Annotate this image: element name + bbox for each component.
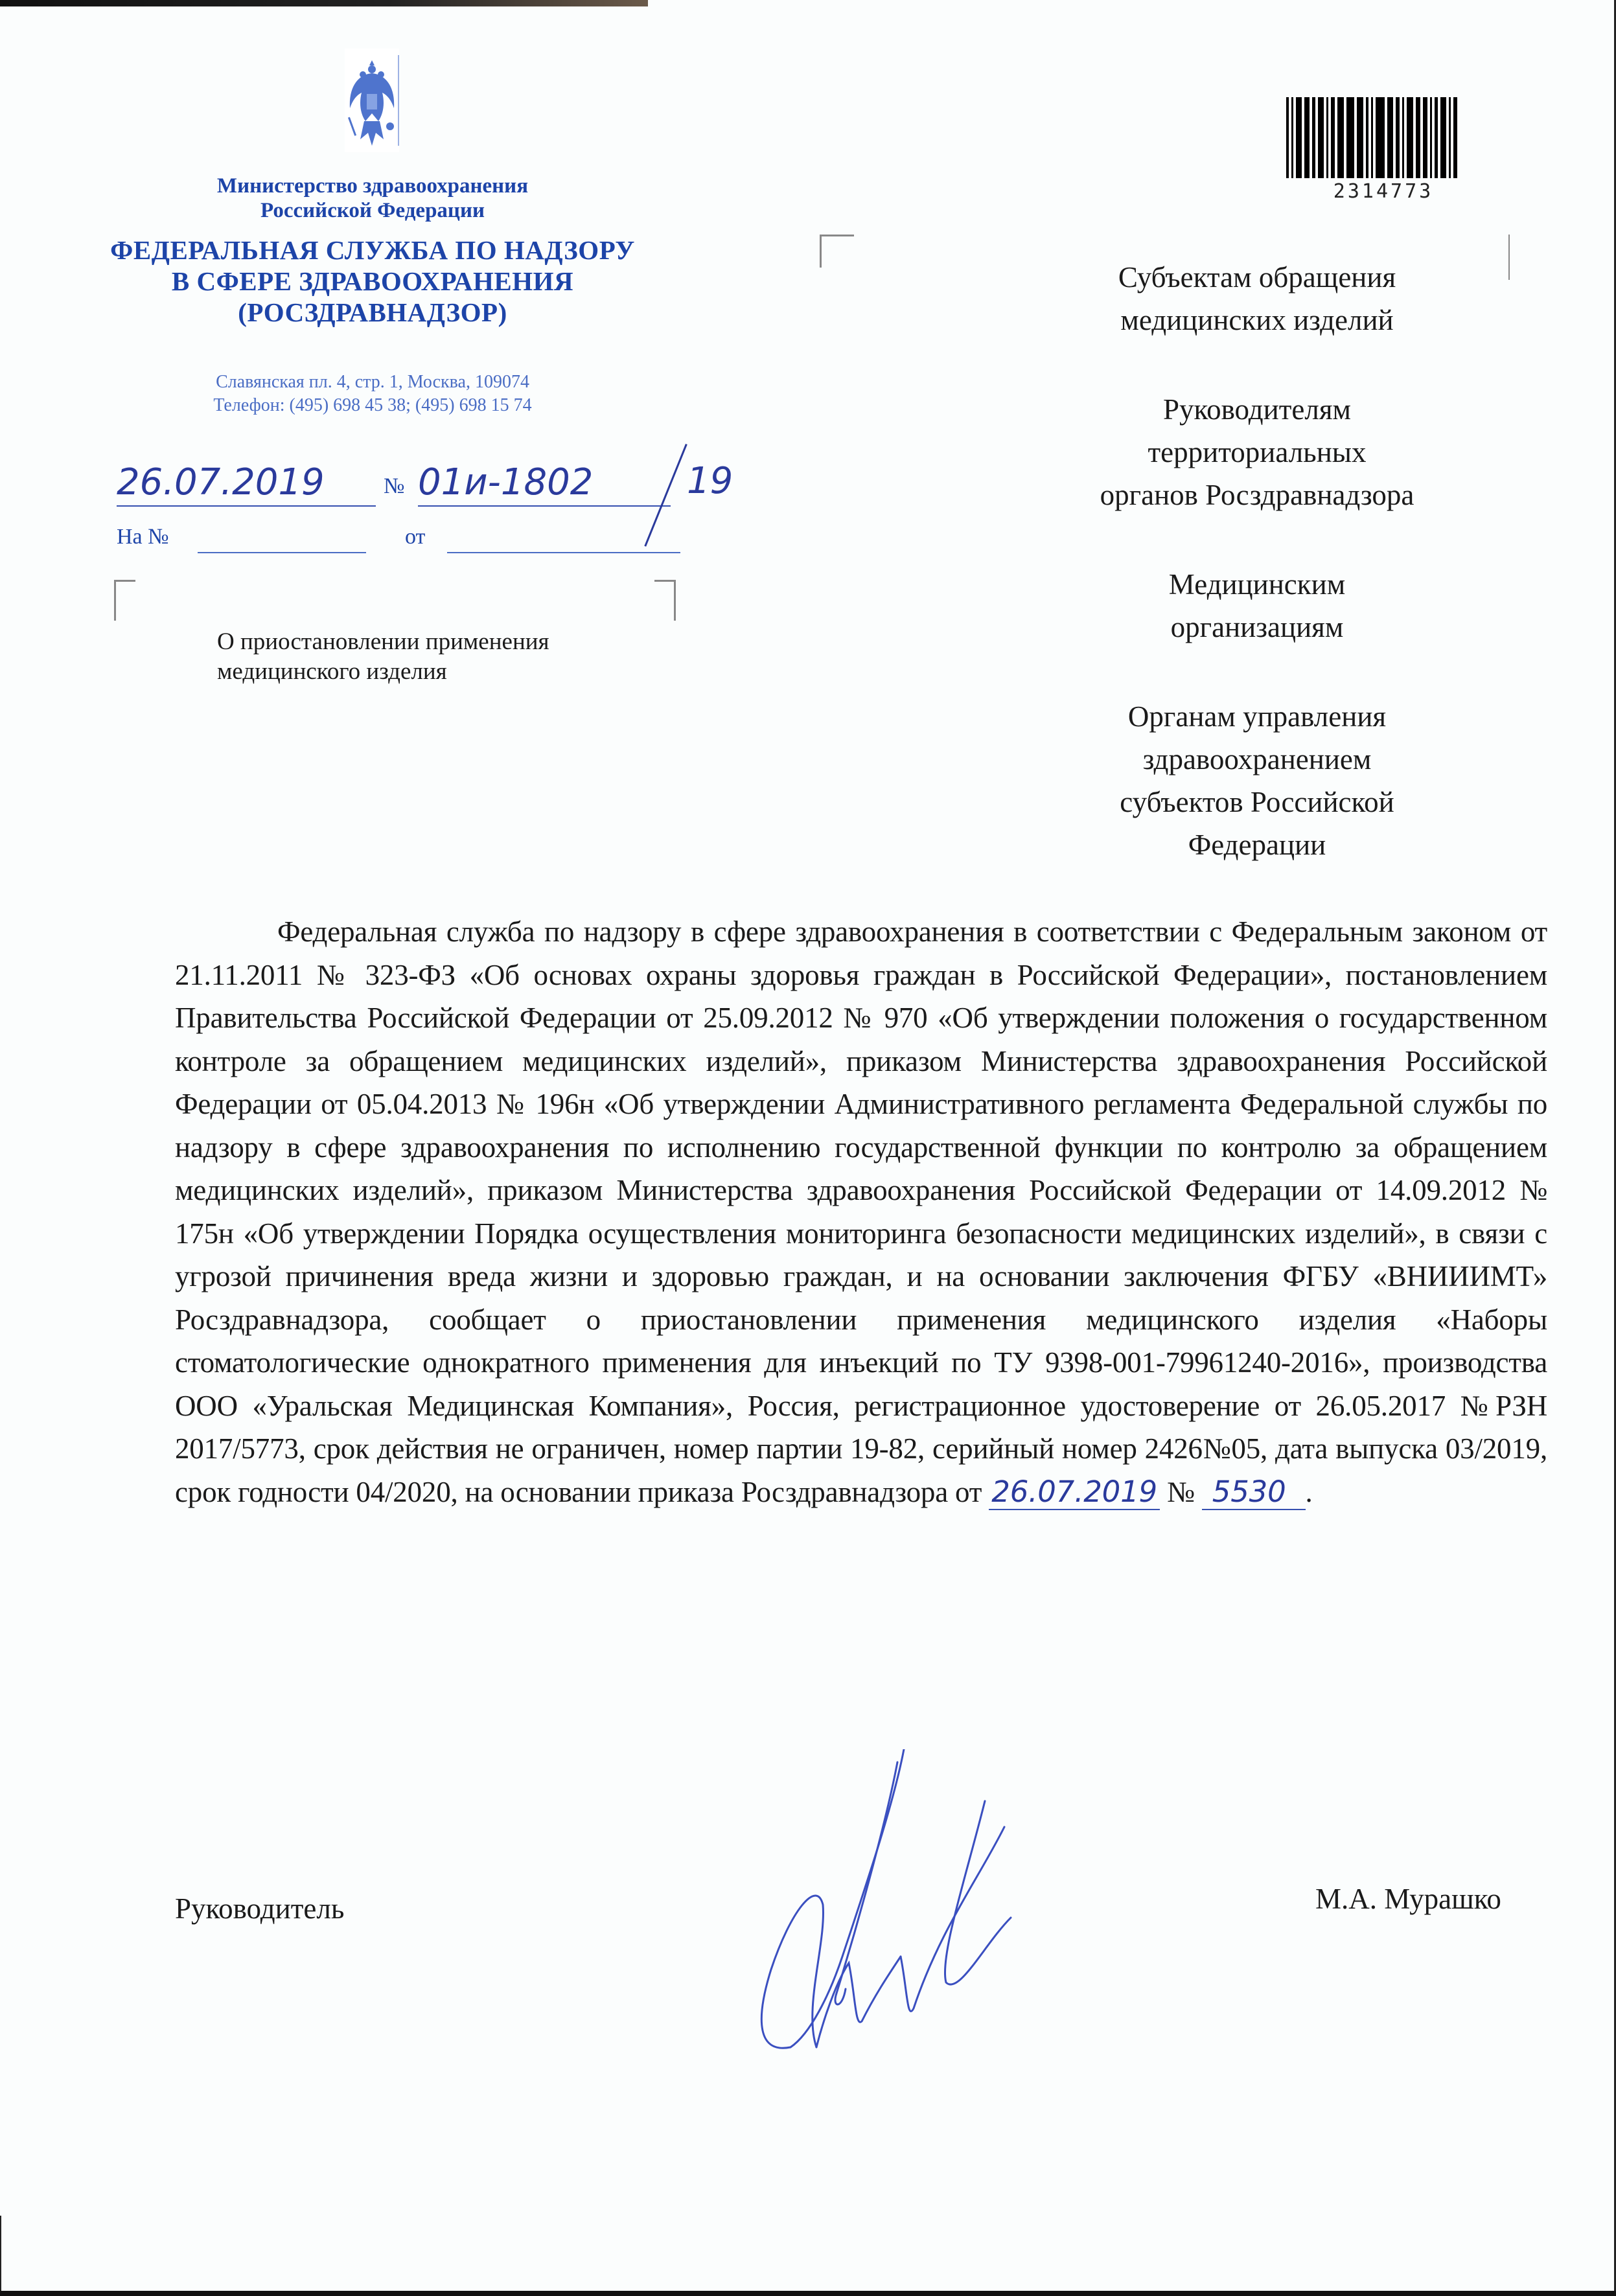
signatory-name: М.А. Мурашко	[1315, 1882, 1501, 1916]
signatory-title: Руководитель	[175, 1892, 344, 1925]
service-address: Славянская пл. 4, стр. 1, Москва, 109074…	[110, 371, 635, 417]
scan-edge-left	[0, 2216, 1, 2296]
subject-line-1: О приостановлении применения	[217, 627, 710, 657]
service-line-1: ФЕДЕРАЛЬНАЯ СЛУЖБА ПО НАДЗОРУ	[97, 235, 648, 266]
reference-from-label: от	[405, 525, 425, 549]
barcode-number: 2314773	[1315, 180, 1451, 203]
registration-number-suffix: 19	[687, 459, 733, 504]
scan-edge-top	[0, 0, 648, 6]
addressee-line: субъектов Российской	[1011, 781, 1503, 823]
address-line: Славянская пл. 4, стр. 1, Москва, 109074	[110, 371, 635, 394]
letter-subject: О приостановлении применения медицинског…	[217, 627, 710, 687]
registration-number: 01и-1802	[418, 460, 671, 507]
coat-of-arms-icon	[345, 49, 399, 152]
phone-line: Телефон: (495) 698 45 38; (495) 698 15 7…	[110, 394, 635, 417]
registration-number-label: №	[384, 474, 404, 499]
reference-row: На № от	[117, 525, 680, 557]
service-line-2: В СФЕРЕ ЗДРАВООХРАНЕНИЯ	[97, 266, 648, 297]
addressee-line: Руководителям	[1011, 388, 1503, 431]
addressee-item: Руководителям территориальных органов Ро…	[1011, 388, 1503, 516]
body-paragraph: Федеральная служба по надзору в сфере зд…	[175, 915, 1547, 1508]
scan-edge-bottom	[0, 2291, 1616, 2296]
addressee-line: территориальных	[1011, 431, 1503, 474]
addressee-line: медицинских изделий	[1011, 299, 1503, 341]
corner-bracket-addressee-left	[820, 235, 854, 268]
body-end: .	[1306, 1476, 1313, 1508]
service-name: ФЕДЕРАЛЬНАЯ СЛУЖБА ПО НАДЗОРУ В СФЕРЕ ЗД…	[97, 235, 648, 328]
addressee-line: органов Росздравнадзора	[1011, 474, 1503, 516]
corner-bracket-top-right	[654, 580, 676, 621]
reference-number-label: На №	[117, 525, 169, 549]
order-number: 5530	[1202, 1475, 1306, 1510]
barcode	[1286, 97, 1481, 178]
addressee-item: Органам управления здравоохранением субъ…	[1011, 695, 1503, 866]
addressee-line: Федерации	[1011, 823, 1503, 866]
registration-date: 26.07.2019	[117, 460, 376, 507]
ministry-line-2: Российской Федерации	[110, 198, 635, 223]
addressee-list: Субъектам обращения медицинских изделий …	[1011, 256, 1503, 913]
reference-date-field	[447, 552, 680, 553]
addressee-item: Субъектам обращения медицинских изделий	[1011, 256, 1503, 341]
service-line-3: (РОСЗДРАВНАДЗОР)	[97, 297, 648, 328]
addressee-item: Медицинским организациям	[1011, 563, 1503, 649]
letter-body: Федеральная служба по надзору в сфере зд…	[175, 910, 1547, 1513]
ministry-name: Министерство здравоохранения Российской …	[110, 174, 635, 223]
addressee-line: здравоохранением	[1011, 738, 1503, 781]
subject-line-2: медицинского изделия	[217, 657, 710, 687]
handwritten-signature	[706, 1749, 1160, 2060]
addressee-line: Субъектам обращения	[1011, 256, 1503, 299]
addressee-line: Органам управления	[1011, 695, 1503, 738]
registration-row: 26.07.2019 № 01и-1802 19	[117, 453, 765, 512]
ministry-line-1: Министерство здравоохранения	[110, 174, 635, 198]
order-date: 26.07.2019	[989, 1475, 1160, 1510]
order-number-label: №	[1160, 1476, 1202, 1508]
addressee-line: Медицинским	[1011, 563, 1503, 606]
corner-bracket-top-left	[114, 580, 135, 621]
addressee-line: организациям	[1011, 606, 1503, 649]
reference-number-field	[198, 552, 366, 553]
